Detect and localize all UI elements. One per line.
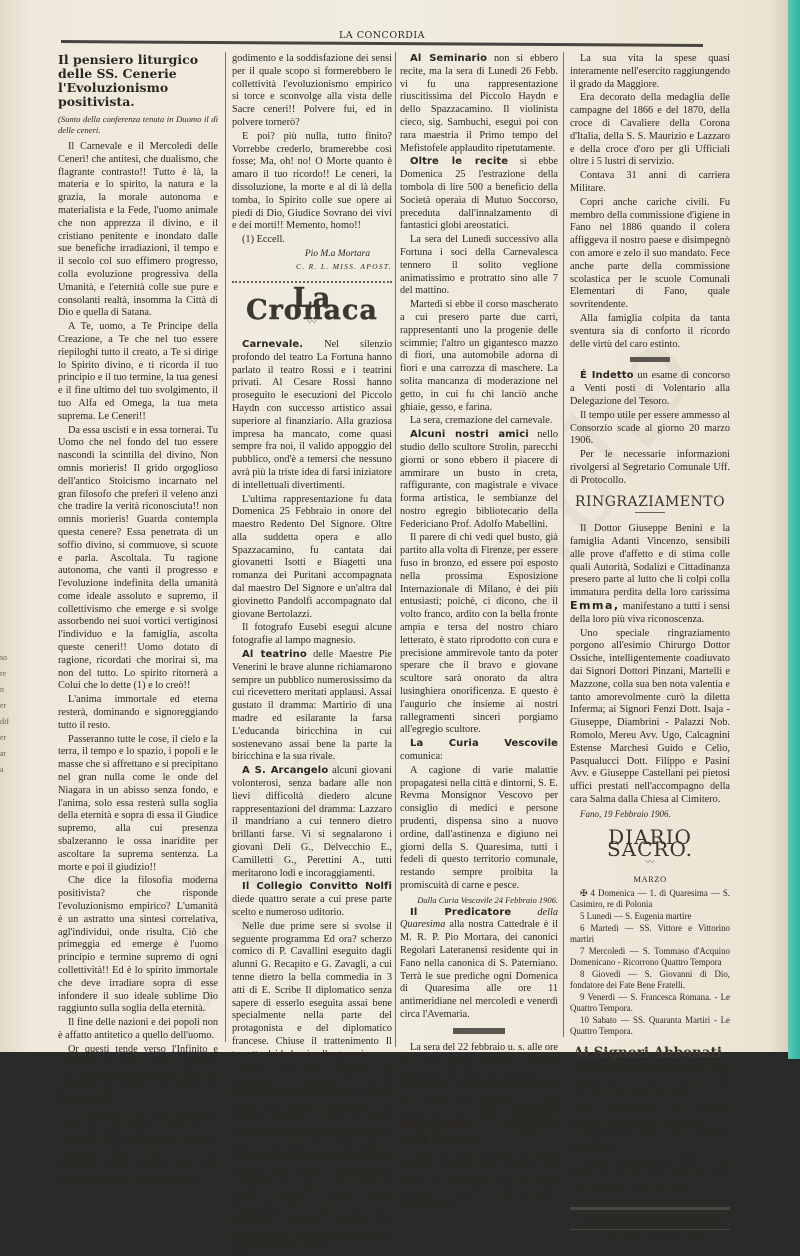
news-item: La sera, cremazione del carnevale. <box>400 415 558 428</box>
paragraph: La sua vita la spese quasi interamente n… <box>570 53 730 91</box>
footnote: (1) Eccell. <box>232 234 392 247</box>
dateline: Dalla Curia Vescovile 24 Febbraio 1906. <box>400 894 558 907</box>
paragraph: A Te, uomo, a Te Principe della Creazion… <box>58 321 218 423</box>
news-lead: Al Seminario <box>410 53 487 64</box>
column-divider <box>563 52 564 1037</box>
news-lead: A S. Arcangelo <box>242 765 328 776</box>
signature: Pio M.a Mortara <box>232 248 392 261</box>
newspaper-page: sorenerdiferara LA CONCORDIA Il pensiero… <box>0 0 791 1052</box>
masthead: LA CONCORDIA <box>62 30 702 41</box>
paragraph: E poi? più nulla, tutto finito? Vorrebbe… <box>232 131 392 233</box>
highlighted-name: Emma, <box>570 599 620 612</box>
margin-bleed-text: sorenerdiferara <box>0 650 14 778</box>
paragraph: godimento e la soddisfazione dei sensi p… <box>232 53 392 130</box>
news-item: Il Collegio Convitto Nolfi diede quattro… <box>232 881 392 919</box>
paragraph: Il Carnevale e il Mercoledì delle Ceneri… <box>58 141 218 320</box>
paragraph: Alla famiglia colpita da tanta sventura … <box>570 313 730 351</box>
news-item: Carnevale. Nel silenzio profondo del tea… <box>232 339 392 493</box>
paragraph: Or questi tende verso l'Infinito e l'Ass… <box>58 1044 218 1059</box>
heading-abbonati: Ai Signori Abbonati. <box>570 1047 730 1059</box>
ornament: 〰 <box>570 856 730 869</box>
news-lead: Il Predicatore <box>410 907 511 918</box>
news-lead: Oltre le recite <box>410 156 508 167</box>
column-2: godimento e la soddisfazione dei sensi p… <box>232 53 392 1059</box>
news-lead: Al teatrino <box>242 649 307 660</box>
divider <box>635 512 665 513</box>
article-subnote: (Sunto della conferenza tenuta in Duomo … <box>58 114 218 135</box>
diary-entry: 5 Lunedì — S. Eugenia martire <box>570 911 730 922</box>
news-lead: La Curia Vescovile <box>410 738 558 749</box>
news-item: L'ultima rappresentazione fu data Domeni… <box>232 494 392 622</box>
paragraph: Il Dottor Giuseppe Benini e la famiglia … <box>570 523 730 626</box>
paragraph: Passeranno tutte le cose, il cielo e la … <box>58 734 218 875</box>
news-item: La sera del Lunedì successivo alla Fortu… <box>400 234 558 298</box>
paragraph: Che dice la filosofia moderna positivist… <box>58 875 218 1016</box>
obituary-intro: La sera del 22 febbraio u. s. alle ore 1… <box>400 1042 558 1059</box>
diary-list: ✠ 4 Domenica — 1. di Quaresima — S. Casi… <box>570 888 730 1037</box>
news-item: La Curia Vescovile comunica: <box>400 738 558 764</box>
paragraph: Il tempo utile per essere ammesso al Con… <box>570 410 730 448</box>
diary-entry: 7 Mercoledì — S. Tommaso d'Acquino Domen… <box>570 946 730 968</box>
column-divider <box>395 52 396 1047</box>
paragraph: Uno speciale ringraziamento porgono all'… <box>570 628 730 807</box>
news-item: Alcuni nostri amici nello studio dello s… <box>400 429 558 531</box>
mourning-bar <box>630 357 670 362</box>
news-item: Al Seminario non si ebbero recite, ma la… <box>400 53 558 155</box>
news-item: Al teatrino delle Maestre Pie Venerini l… <box>232 649 392 764</box>
paragraph: Il fine delle nazioni e dei popoli non è… <box>58 1017 218 1043</box>
month-label: MARZO <box>570 873 730 886</box>
paragraph: Contava 31 anni di carriera Militare. <box>570 170 730 196</box>
heading-ringraziamento: RINGRAZIAMENTO <box>570 496 730 509</box>
paragraph: L'anima immortale ed eterna resterà, dom… <box>58 694 218 732</box>
diary-entry: ✠ 4 Domenica — 1. di Quaresima — S. Casi… <box>570 888 730 910</box>
news-item: A cagione di varie malattie propagatesi … <box>400 765 558 893</box>
heading-diario-sacro: DIARIO SACRO. <box>570 831 730 857</box>
notice: É Indetto un esame di concorso a Venti p… <box>570 370 730 408</box>
section-heading-cronaca: La Cronaca <box>232 293 392 319</box>
news-item: Il fotografo Eusebi eseguì alcune fotogr… <box>232 622 392 648</box>
page-edge <box>788 0 800 1059</box>
diary-entry: 6 Martedì — SS. Vittore e Vittorino mart… <box>570 923 730 945</box>
column-4: La sua vita la spese quasi interamente n… <box>570 53 730 1059</box>
news-lead: Alcuni nostri amici <box>410 429 529 440</box>
diary-entry: 10 Sabato — SS. Quaranta Martiri - Le Qu… <box>570 1015 730 1037</box>
paragraph: Per le necessarie informazioni rivolgers… <box>570 449 730 487</box>
paragraph: Da essa uscisti e in essa tornerai. Tu U… <box>58 425 218 694</box>
mourning-bar <box>453 1028 505 1034</box>
header-rule <box>61 40 703 47</box>
news-item: Il Predicatore della Quaresima alla nost… <box>400 907 558 1022</box>
paragraph: Era decorato della medaglia delle campag… <box>570 92 730 169</box>
news-item: A S. Arcangelo alcuni giovani volonteros… <box>232 765 392 880</box>
news-item: Martedì si ebbe il corso mascherato a cu… <box>400 299 558 414</box>
news-item: Nelle due prime sere si svolse il seguen… <box>232 921 392 1059</box>
column-3: Al Seminario non si ebbero recite, ma la… <box>400 53 558 1059</box>
news-lead: Il Collegio Convitto Nolfi <box>242 881 392 892</box>
paragraph: Coprì anche cariche civili. Fu membro de… <box>570 197 730 312</box>
news-item: Oltre le recite si ebbe Domenica 25 l'es… <box>400 156 558 233</box>
column-1: Il pensiero liturgico delle SS. Cenerie … <box>58 53 218 1059</box>
column-divider <box>225 52 226 1042</box>
signature-title: C. R. L. MISS. APOST. <box>232 261 392 274</box>
article-title: Il pensiero liturgico delle SS. Cenerie … <box>58 53 218 109</box>
news-lead: Carnevale. <box>242 339 303 350</box>
diary-entry: 8 Giovedì — S. Giovanni di Dio, fondator… <box>570 969 730 991</box>
news-item: Il parere di chi vedi quel busto, già pa… <box>400 532 558 737</box>
dateline: Fano, 19 Febbraio 1906. <box>570 808 730 821</box>
notice-lead: É Indetto <box>580 370 634 381</box>
diary-entry: 9 Venerdì — S. Francesca Romana. - Le Qu… <box>570 992 730 1014</box>
